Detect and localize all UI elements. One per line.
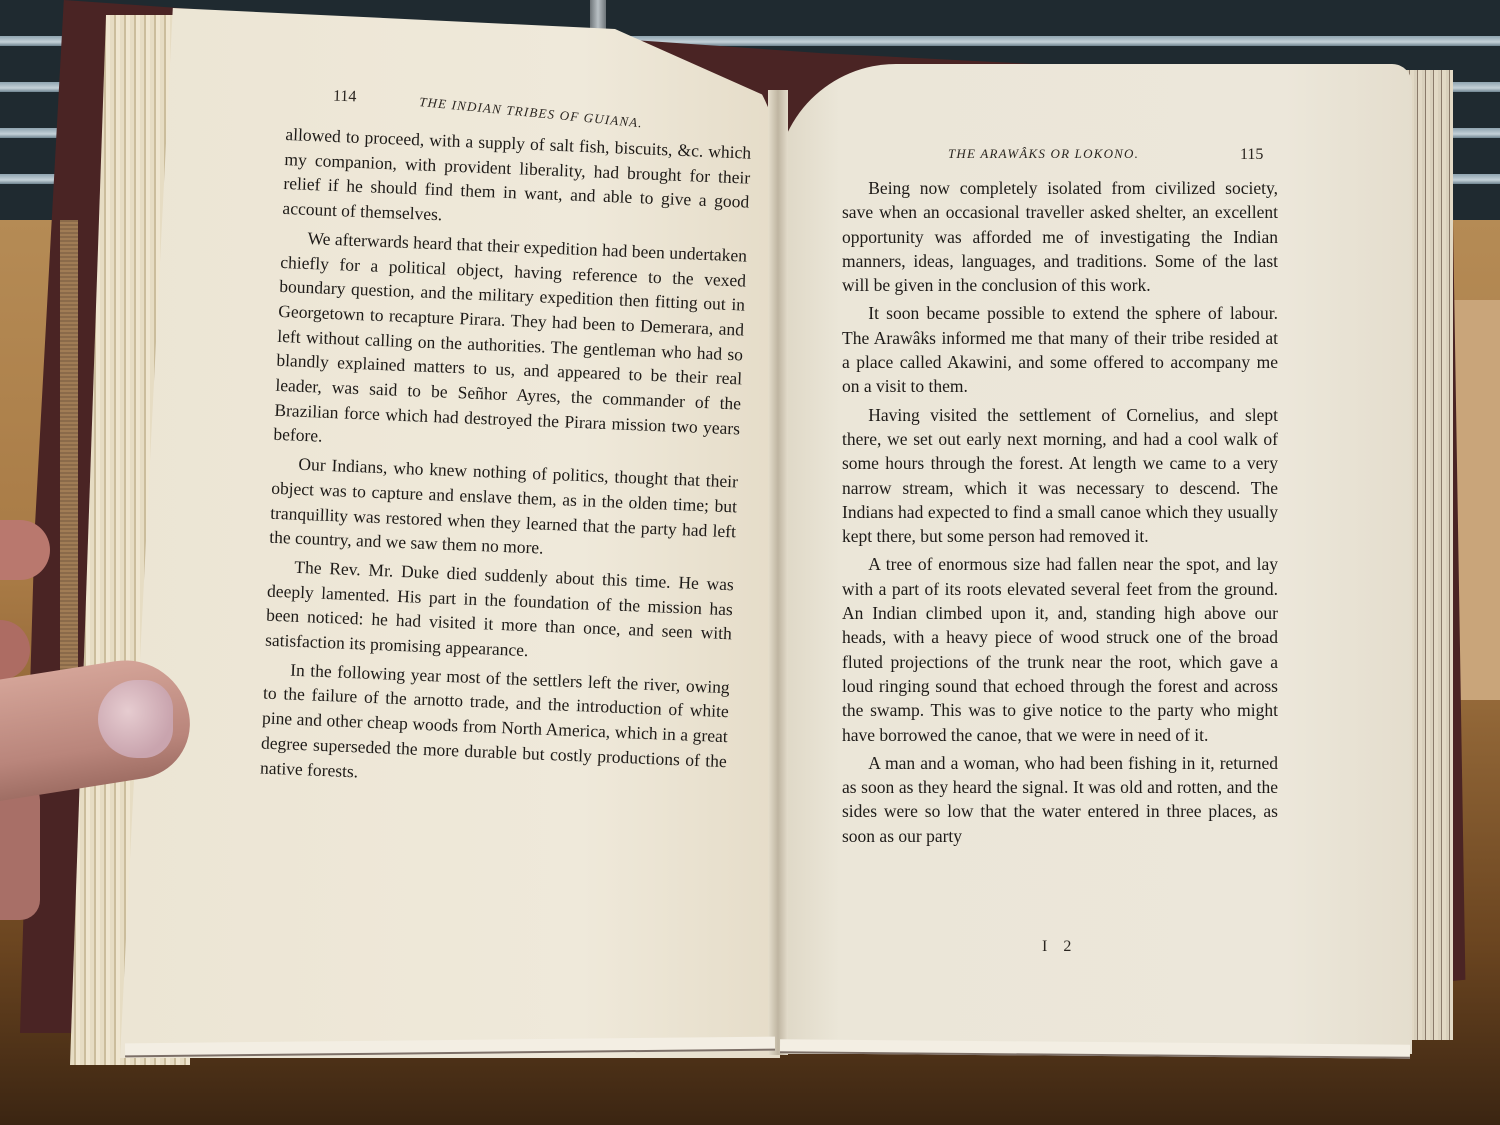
paragraph: A man and a woman, who had been fishing …	[842, 751, 1278, 848]
paragraph: The Rev. Mr. Duke died suddenly about th…	[265, 554, 735, 671]
paragraph: allowed to proceed, with a supply of sal…	[282, 122, 752, 239]
book-gutter	[768, 90, 788, 1055]
signature-mark: I 2	[1042, 938, 1077, 956]
paragraph: In the following year most of the settle…	[260, 656, 731, 798]
paragraph: Being now completely isolated from civil…	[842, 176, 1278, 297]
thumbnail	[98, 680, 173, 758]
left-page-number: 114	[333, 88, 357, 107]
palm	[0, 780, 40, 920]
paragraph: It soon became possible to extend the sp…	[842, 301, 1278, 398]
paragraph: Our Indians, who knew nothing of politic…	[269, 451, 739, 568]
left-page-body: allowed to proceed, with a supply of sal…	[259, 122, 751, 802]
right-page-body: Being now completely isolated from civil…	[842, 176, 1278, 852]
paragraph: A tree of enormous size had fallen near …	[842, 552, 1278, 746]
book-spine-cloth	[60, 220, 78, 680]
right-page-number: 115	[1240, 146, 1263, 164]
right-running-head: THE ARAWÂKS OR LOKONO.	[948, 146, 1139, 162]
paragraph: Having visited the settlement of Corneli…	[842, 403, 1278, 549]
paragraph: We afterwards heard that their expeditio…	[273, 225, 748, 466]
